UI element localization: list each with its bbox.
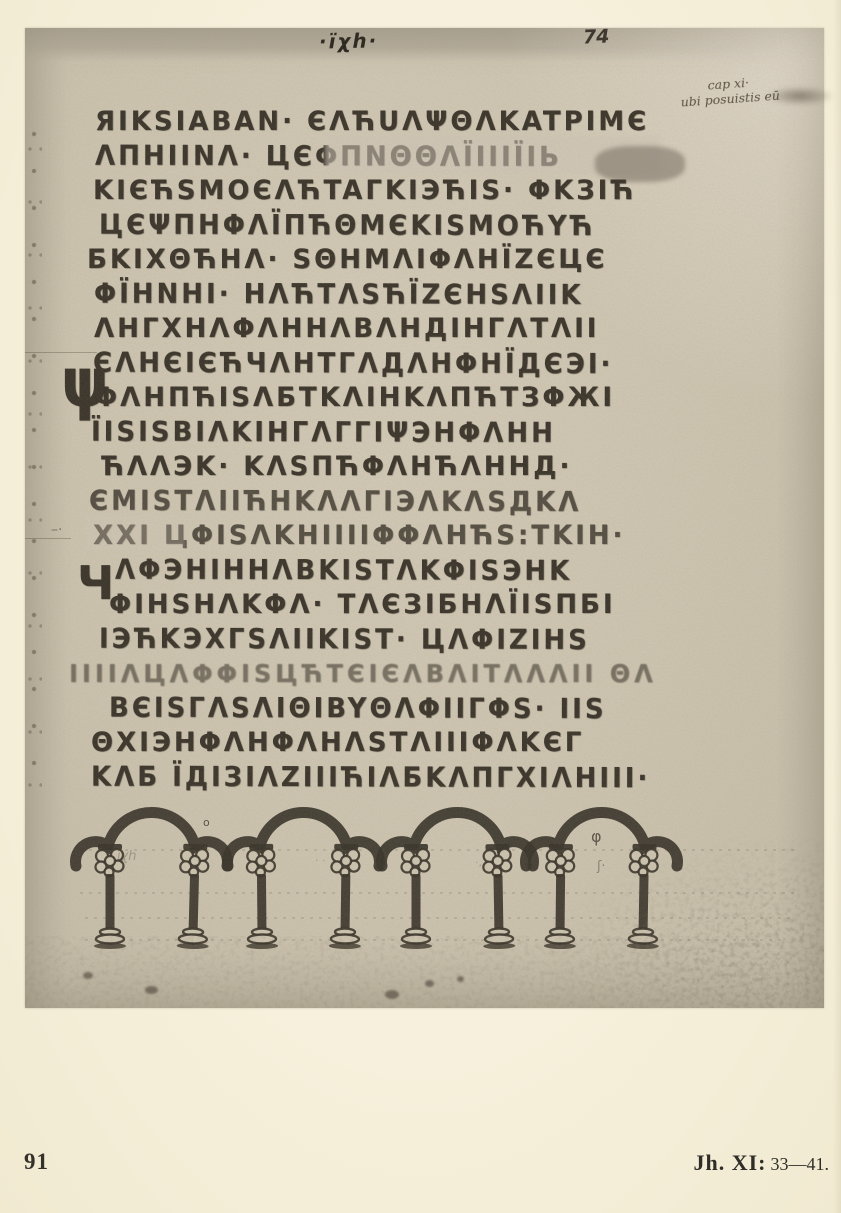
arcade-column	[400, 844, 432, 949]
mark-o: o	[203, 816, 210, 829]
manuscript-line: IIIIΛЦΛΦΦIЅЦЋTЄIЄΛBΛITΛΛΛII ΘΛ	[69, 658, 657, 689]
mark-dots: ·,	[475, 856, 482, 869]
ruling-line	[25, 538, 71, 539]
arcade-column	[177, 844, 212, 950]
manuscript-photo: ·ïχh· 74 cap xi· ubi posuistis eū ЯIKSIA…	[25, 28, 824, 1008]
ink-blotch	[385, 990, 399, 999]
book-page: { "page": { "background_color": "#f3edd7…	[0, 0, 841, 1213]
ink-blotch	[457, 976, 464, 982]
manuscript-line: ΦIHЅHΛKΦΛ· TΛЄЗIБHΛЇIЅΠБI	[109, 589, 616, 620]
margin-mark: –·	[51, 522, 62, 538]
manuscript-line: BЄIЅΓΛЅΛIΘIBYΘΛΦIIΓΦЅ· IIЅ	[109, 692, 607, 725]
manuscript-line: ΘXIЭHΦΛHΦΛHΛЅTΛIIIΦΛKЄΓ	[91, 727, 584, 758]
manuscript-line: KΛБ ЇДIЗIΛZIIIЋIΛБKΛΠΓXIΛHIII·	[91, 761, 650, 794]
manuscript-line: ΦΛHΠЋIЅΛБTKΛIHKΛΠЋTЗΦЖI	[95, 382, 615, 413]
arcade-arches	[76, 813, 678, 866]
arcade-column	[544, 844, 577, 949]
large-initial-psi: ψ	[61, 343, 109, 424]
book-page-number: 91	[24, 1149, 49, 1175]
mark-dots: · ·	[315, 854, 326, 867]
mark-squiggle: ʃ·	[596, 859, 606, 874]
manuscript-line: ЯIKSIABAN· ЄΛЋUΛΨΘΛKATPIМЄ	[95, 106, 649, 137]
arcade-column	[245, 844, 278, 949]
manuscript-line: ΛΦЭHIHHΛBKIЅTΛKΦIЅЭHK	[115, 554, 572, 587]
manuscript-line: ЄMIЅTΛIIЋHKΛΛΓIЭΛKΛЅДKΛ	[89, 485, 581, 518]
manuscript-line: ЄΛHЄIЄЋЧΛHTΓΛДΛHΦHЇДЄЭI·	[93, 347, 613, 380]
manuscript-line: ЇIЅIЅBIΛKIHΓΛΓΓIΨЭHΦΛHH	[91, 416, 556, 449]
quire-mark: ·ïχh·	[319, 28, 379, 53]
large-initial-ch: Ч	[77, 556, 114, 610]
ink-blotch	[145, 986, 158, 994]
ink-smudge	[765, 86, 835, 106]
manuscript-line: KIЄЋЅMOЄΛЋTAΓKIЭЋIЅ· ΦKЗIЋ	[93, 175, 636, 206]
caption: Jh. XI: 33—41.	[693, 1150, 829, 1176]
caption-verses: 33—41.	[771, 1154, 830, 1174]
ink-blotch	[425, 980, 434, 987]
manuscript-line: ЦЄΨΠHΦΛЇΠЋΘMЄKIЅMOЋYЋ	[99, 209, 595, 242]
arcade-column	[329, 844, 362, 949]
caption-reference: Jh. XI:	[693, 1150, 766, 1175]
arcade-column	[481, 844, 515, 950]
ink-bleed-left-margin	[26, 128, 42, 788]
folio-number: 74	[583, 26, 610, 49]
arcade-column	[627, 844, 661, 950]
ink-blotch	[83, 972, 93, 979]
overwrite-smudge	[595, 146, 685, 182]
erased-patch	[85, 516, 185, 550]
manuscript-line: ΛHΓXHΛΦΛHHΛBΛHДIHΓΛTΛII	[94, 313, 599, 344]
caption-verse-range: 33—41.	[771, 1154, 830, 1174]
arcade-illustration: o ïχh φ ʃ· · · ·,	[25, 806, 824, 976]
manuscript-line: БKIXΘЋHΛ· ЅΘHMΛIΦΛHЇZЄЦЄ	[87, 244, 608, 275]
manuscript-line: ЋΛΛЭK· KΛЅΠЋΦΛHЋΛHHД·	[101, 451, 572, 482]
mark-ixh-faint: ïχh	[117, 849, 137, 864]
mark-phi: φ	[591, 827, 602, 846]
manuscript-line: ΦЇHNHI· HΛЋTΛЅЋЇZЄHЅΛIIK	[94, 278, 584, 311]
manuscript-line: IЭЋKЭXΓЅΛIIKIЅT· ЦΛΦIZIHЅ	[99, 623, 590, 656]
page-edge-shade	[833, 0, 841, 1213]
